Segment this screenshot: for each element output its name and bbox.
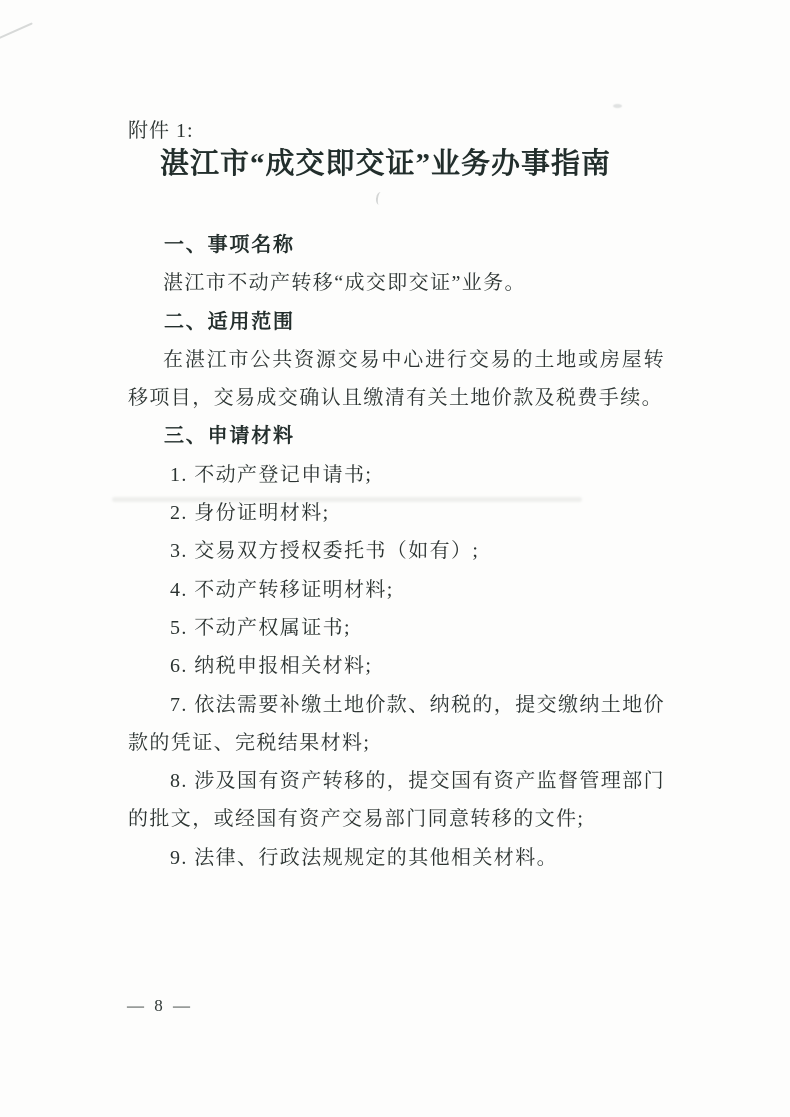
document-title: 湛江市“成交即交证”业务办事指南 bbox=[160, 141, 660, 182]
section-heading-2: 二、适用范围 bbox=[128, 303, 665, 341]
material-list-item-3: 3. 交易双方授权委托书（如有）; bbox=[128, 532, 665, 570]
scan-artifact-dot bbox=[613, 104, 622, 108]
material-list-item-6: 6. 纳税申报相关材料; bbox=[128, 647, 665, 685]
material-list-item-4: 4. 不动产转移证明材料; bbox=[128, 571, 665, 609]
section-heading-1: 一、事项名称 bbox=[128, 226, 665, 264]
attachment-label: 附件 1: bbox=[128, 114, 194, 143]
material-list-item-2: 2. 身份证明材料; bbox=[128, 494, 665, 532]
scanned-document-page: 附件 1: 湛江市“成交即交证”业务办事指南 一、事项名称 湛江市不动产转移“成… bbox=[0, 0, 790, 1117]
material-list-item-7: 7. 依法需要补缴土地价款、纳税的，提交缴纳土地价款的凭证、完税结果材料; bbox=[128, 686, 665, 763]
section-paragraph-1: 湛江市不动产转移“成交即交证”业务。 bbox=[128, 264, 665, 302]
material-list-item-9: 9. 法律、行政法规规定的其他相关材料。 bbox=[128, 839, 665, 877]
scan-artifact-squiggle bbox=[375, 192, 385, 206]
material-list-item-1: 1. 不动产登记申请书; bbox=[128, 456, 665, 494]
section-heading-3: 三、申请材料 bbox=[128, 417, 665, 455]
document-body: 一、事项名称 湛江市不动产转移“成交即交证”业务。 二、适用范围 在湛江市公共资… bbox=[128, 226, 665, 877]
page-number: — 8 — bbox=[127, 996, 193, 1016]
material-list-item-8: 8. 涉及国有资产转移的，提交国有资产监督管理部门的批文，或经国有资产交易部门同… bbox=[128, 762, 665, 839]
scan-artifact-streak bbox=[0, 22, 33, 39]
section-paragraph-2: 在湛江市公共资源交易中心进行交易的土地或房屋转移项目，交易成交确认且缴清有关土地… bbox=[128, 341, 665, 418]
material-list-item-5: 5. 不动产权属证书; bbox=[128, 609, 665, 647]
